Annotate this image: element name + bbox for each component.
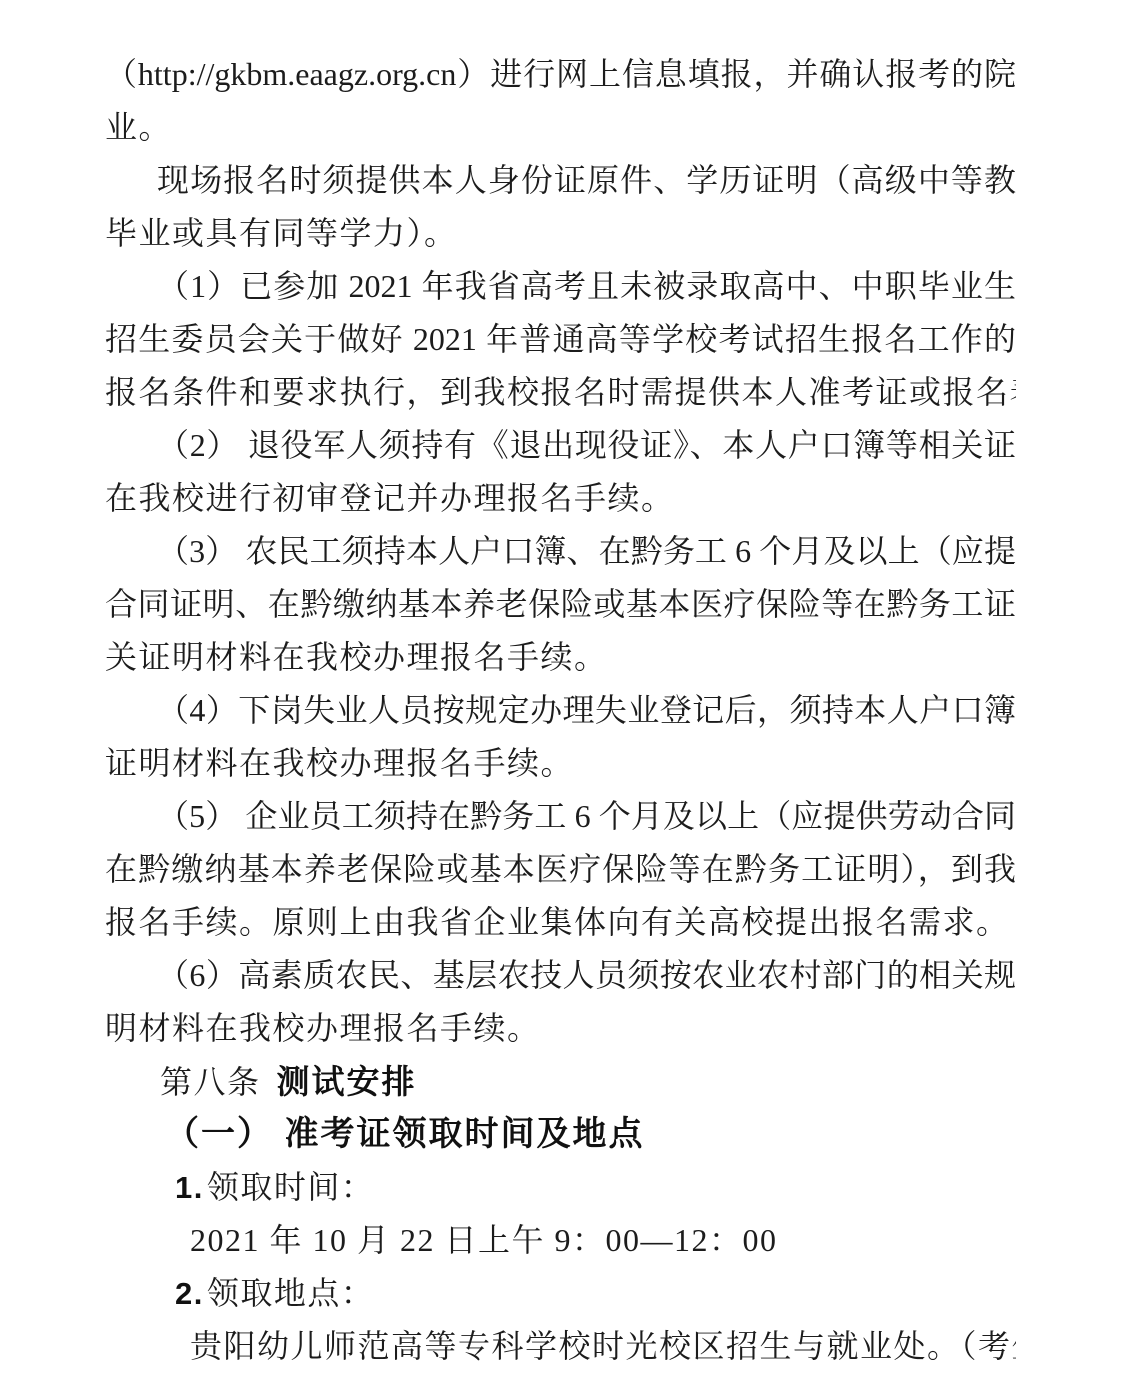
- list-item-label: 领取地点：: [207, 1275, 375, 1311]
- document-body: （http://gkbm.eaagz.org.cn）进行网上信息填报，并确认报考…: [0, 0, 1121, 1373]
- paragraph-line-item-2: （2） 退役军人须持有《退出现役证》、本人户口簿等相关证明材料: [105, 419, 1016, 472]
- paragraph-line: 关证明材料在我校办理报名手续。: [105, 631, 1016, 684]
- list-item-number: 2.: [175, 1276, 204, 1311]
- list-item-label: 领取时间：: [207, 1169, 375, 1205]
- subsection-heading: （一） 准考证领取时间及地点: [105, 1108, 1016, 1161]
- list-item-number: 1.: [175, 1170, 204, 1205]
- paragraph-line-item-3: （3） 农民工须持本人户口簿、在黔务工 6 个月及以上（应提供劳动: [105, 525, 1016, 578]
- paragraph-line: 合同证明、在黔缴纳基本养老保险或基本医疗保险等在黔务工证明）相: [105, 578, 1016, 631]
- paragraph-line-item-1: （1）已参加 2021 年我省高考且未被录取高中、中职毕业生参照《省: [105, 260, 1016, 313]
- paragraph-line-item-5: （5） 企业员工须持在黔务工 6 个月及以上（应提供劳动合同证明、: [105, 790, 1016, 843]
- document-page: （http://gkbm.eaagz.org.cn）进行网上信息填报，并确认报考…: [0, 0, 1121, 1380]
- paragraph-line: 在黔缴纳基本养老保险或基本医疗保险等在黔务工证明），到我校办理: [105, 843, 1016, 896]
- paragraph-line: 报名条件和要求执行，到我校报名时需提供本人准考证或报名表。: [105, 366, 1016, 419]
- paragraph-line-item-6: （6）高素质农民、基层农技人员须按农业农村部门的相关规定及证: [105, 949, 1016, 1002]
- paragraph-line: 业。: [105, 101, 1016, 154]
- paragraph-line: 招生委员会关于做好 2021 年普通高等学校考试招生报名工作的通知》的: [105, 313, 1016, 366]
- section-title: 测试安排: [277, 1063, 417, 1100]
- list-item-pickup-location: 2.领取地点：: [105, 1267, 1016, 1320]
- paragraph-line: 报名手续。原则上由我省企业集体向有关高校提出报名需求。: [105, 896, 1016, 949]
- paragraph-line: 毕业或具有同等学力）。: [105, 207, 1016, 260]
- section-heading: 第八条测试安排: [105, 1055, 1016, 1108]
- pickup-time-value: 2021 年 10 月 22 日上午 9：00—12：00: [105, 1214, 1016, 1267]
- paragraph-line-item-4: （4）下岗失业人员按规定办理失业登记后，须持本人户口簿等相关: [105, 684, 1016, 737]
- paragraph-line: 证明材料在我校办理报名手续。: [105, 737, 1016, 790]
- paragraph-line: （http://gkbm.eaagz.org.cn）进行网上信息填报，并确认报考…: [105, 48, 1016, 101]
- paragraph-line: 明材料在我校办理报名手续。: [105, 1002, 1016, 1055]
- paragraph-line: 现场报名时须提供本人身份证原件、学历证明（高级中等教育学校: [105, 154, 1016, 207]
- pickup-location-value: 贵阳幼儿师范高等专科学校时光校区招生与就业处。（考生须: [105, 1320, 1016, 1373]
- paragraph-line: 在我校进行初审登记并办理报名手续。: [105, 472, 1016, 525]
- list-item-pickup-time: 1.领取时间：: [105, 1161, 1016, 1214]
- section-number: 第八条: [160, 1064, 261, 1100]
